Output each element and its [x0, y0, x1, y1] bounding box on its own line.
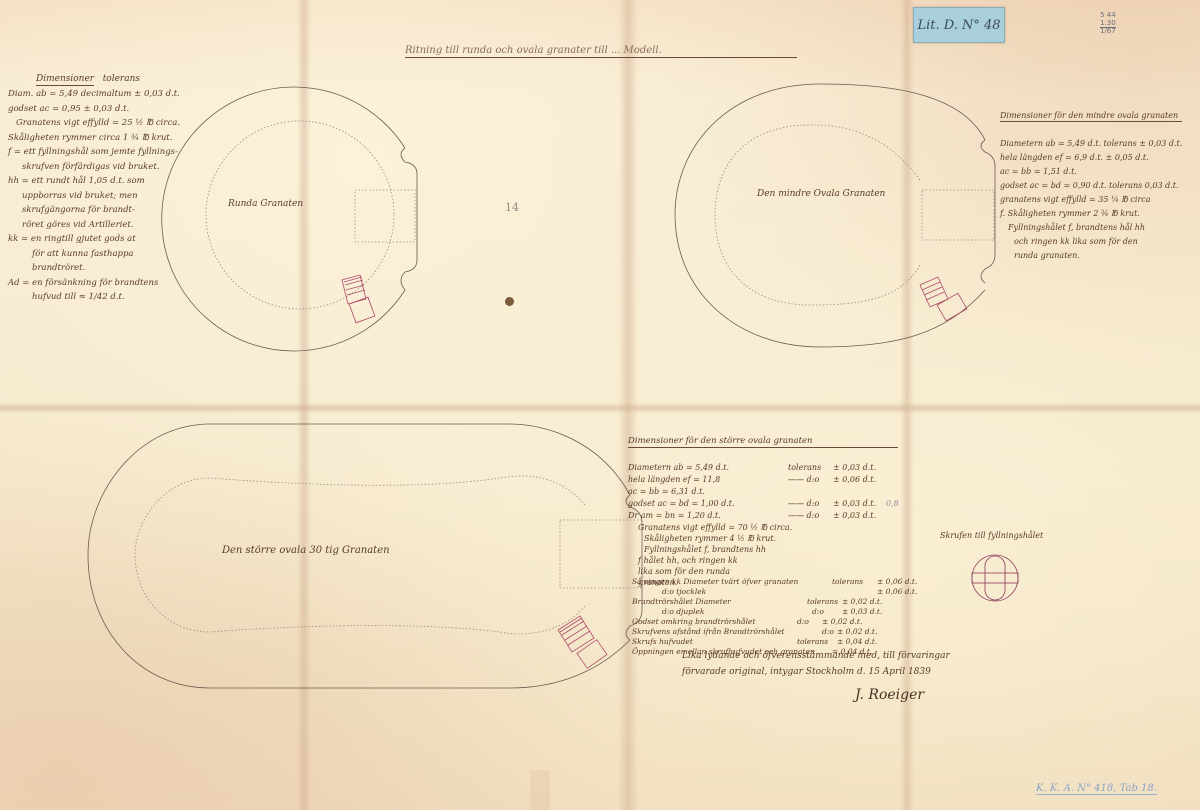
small-oval-grenade-label: Den mindre Ovala Granaten	[757, 190, 885, 199]
row-label: Skrufvens afstånd ifrån Brandtrörshålet	[632, 627, 785, 636]
tolerance-table: Så vingen kk Diameter tvärt öfver granat…	[632, 578, 967, 658]
notes-round-heading: Dimensioner	[36, 74, 94, 86]
round-grenade-drawing	[162, 87, 417, 351]
tolerance-label: —— d:o	[788, 476, 819, 484]
note-line: Granatens vigt effylld = 70 ½ ℔ circa.	[638, 524, 898, 535]
row-tol-label: tolerans	[807, 598, 838, 606]
note-line: och ringen kk lika som för den	[1000, 238, 1182, 246]
row-tol: ± 0,04 d.t.	[837, 638, 877, 646]
tolerance-label: tolerans	[788, 464, 821, 472]
note-line: för att kunna fasthappa	[8, 250, 180, 259]
note-line: skrufven förfärdigas vid bruket.	[8, 163, 180, 172]
note-line: Diametern ab = 5,49 d.t. tolerans ± 0,03…	[1000, 140, 1182, 148]
margin-note: 0,8	[886, 500, 899, 508]
note-line: f hålet hh, och ringen kk	[638, 557, 898, 568]
notes-round: Dimensioner tolerans Diam. ab = 5,49 dec…	[8, 75, 180, 308]
dimension-text: godset ac = bd = 1,00 d.t.	[628, 499, 735, 508]
tolerance-label: —— d:o	[788, 512, 819, 520]
note-line: Granatens vigt effylld = 25 ½ ℔ circa.	[8, 119, 180, 128]
row-label: Godset omkring brandtrörshålet	[632, 617, 755, 626]
tolerance-value: ± 0,06 d.t.	[833, 476, 876, 484]
note-line: Diam. ab = 5,49 decimaltum ± 0,03 d.t.	[8, 90, 180, 99]
row-tol: ± 0,02 d.t.	[837, 628, 877, 636]
row-label: Så vingen kk Diameter tvärt öfver granat…	[632, 577, 798, 586]
note-line: f. Skåligheten rymmer 2 ¾ ℔ krut.	[1000, 210, 1182, 218]
notes-large-oval-heading: Dimensioner för den större ovala granate…	[628, 437, 898, 448]
row-tol: ± 0,02 d.t.	[822, 618, 862, 626]
tolerance-label: —— d:o	[788, 500, 819, 508]
attestation-line-1: Lika lydande och öfverensstämmande med, …	[682, 652, 950, 661]
note-line: Fyllningshålet f, brandtens hål hh	[1000, 224, 1182, 232]
note-line: godset ac = bd = 0,90 d.t. tolerans 0,03…	[1000, 182, 1182, 190]
row-label: d:o djuplek	[662, 607, 704, 616]
row-tol-label: tolerans	[832, 578, 863, 586]
note-line: hela längden ef = 6,9 d.t. ± 0,05 d.t.	[1000, 154, 1182, 162]
note-line: hufvud till ≈ 1/42 d.t.	[8, 293, 180, 302]
notes-small-oval-heading: Dimensioner för den mindre ovala granate…	[1000, 112, 1182, 122]
note-line: Fyllningshålet f, brandtens hh	[638, 546, 898, 557]
note-line: granatens vigt effylld = 35 ¼ ℔ circa	[1000, 196, 1182, 204]
row-tol: ± 0,02 d.t.	[842, 598, 882, 606]
note-line: uppborras vid bruket; men	[8, 192, 180, 201]
large-oval-grenade-drawing	[88, 424, 642, 688]
note-line: brandtröret.	[8, 264, 180, 273]
row-label: Brandtrörshålet Diameter	[632, 597, 731, 606]
note-line: Ad = en försänkning för brandtens	[8, 279, 180, 288]
note-line: hh = ett rundt hål 1,05 d.t. som	[8, 177, 180, 186]
large-oval-grenade-label: Den större ovala 30 tig Granaten	[222, 546, 390, 556]
notes-large-oval: Dimensioner för den större ovala granate…	[628, 437, 898, 590]
row-tol: ± 0,06 d.t.	[877, 578, 917, 586]
dimension-text: Dr am = bn = 1,20 d.t.	[628, 511, 721, 520]
row-tol-label: d:o	[797, 618, 809, 626]
dimension-text: Diametern ab = 5,49 d.t.	[628, 463, 729, 472]
tolerance-value: ± 0,03 d.t.	[833, 464, 876, 472]
row-label: Skrufs hufvudet	[632, 637, 693, 646]
notes-round-heading-suffix: tolerans	[103, 74, 140, 84]
row-tol-label: d:o	[812, 608, 824, 616]
note-line: Skåligheten rymmer 4 ½ ℔ krut.	[638, 535, 898, 546]
note-line: röret göres vid Artilleriet.	[8, 221, 180, 230]
tolerance-value: ± 0,03 d.t.	[833, 512, 876, 520]
note-line: Skåligheten rymmer circa 1 ¾ ℔ krut.	[8, 134, 180, 143]
row-tol: ± 0,06 d.t.	[877, 588, 917, 596]
note-line: godset ac = 0,95 ± 0,03 d.t.	[8, 105, 180, 114]
round-grenade-label: Runda Granaten	[228, 200, 303, 209]
dimension-row: Dr am = bn = 1,20 d.t. —— d:o ± 0,03 d.t…	[628, 512, 888, 524]
note-line: kk = en ringtill gjutet gods at	[8, 235, 180, 244]
attestation-line-2: förvarade original, intygar Stockholm d.…	[682, 668, 931, 677]
small-oval-grenade-drawing	[675, 84, 995, 347]
dimension-text: ac = bb = 6,31 d.t.	[628, 487, 705, 496]
note-line: skrufgängorna för brandt-	[8, 206, 180, 215]
dimension-text: hela längden ef = 11,8	[628, 475, 720, 484]
tolerance-value: ± 0,03 d.t.	[833, 500, 876, 508]
row-tol: ± 0,03 d.t.	[842, 608, 882, 616]
screw-plug-drawing	[972, 555, 1018, 601]
note-line: ac = bb = 1,51 d.t.	[1000, 168, 1182, 176]
screw-plug-title: Skrufen till fyllningshålet	[940, 532, 1043, 540]
row-tol-label: d:o	[822, 628, 834, 636]
signature: J. Roeiger	[855, 688, 924, 702]
note-line: runda granaten.	[1000, 252, 1182, 260]
scanned-drawing-sheet: Ritning till runda och ovala granater ti…	[0, 0, 1200, 810]
row-tol-label: tolerans	[797, 638, 828, 646]
archive-reference: K. K. A. N° 418, Tab 18.	[1036, 783, 1157, 795]
row-label: d:o tjocklek	[662, 587, 706, 596]
note-line: f = ett fyllningshål som jemte fyllnings…	[8, 148, 180, 157]
notes-small-oval: Dimensioner för den mindre ovala granate…	[1000, 112, 1182, 266]
